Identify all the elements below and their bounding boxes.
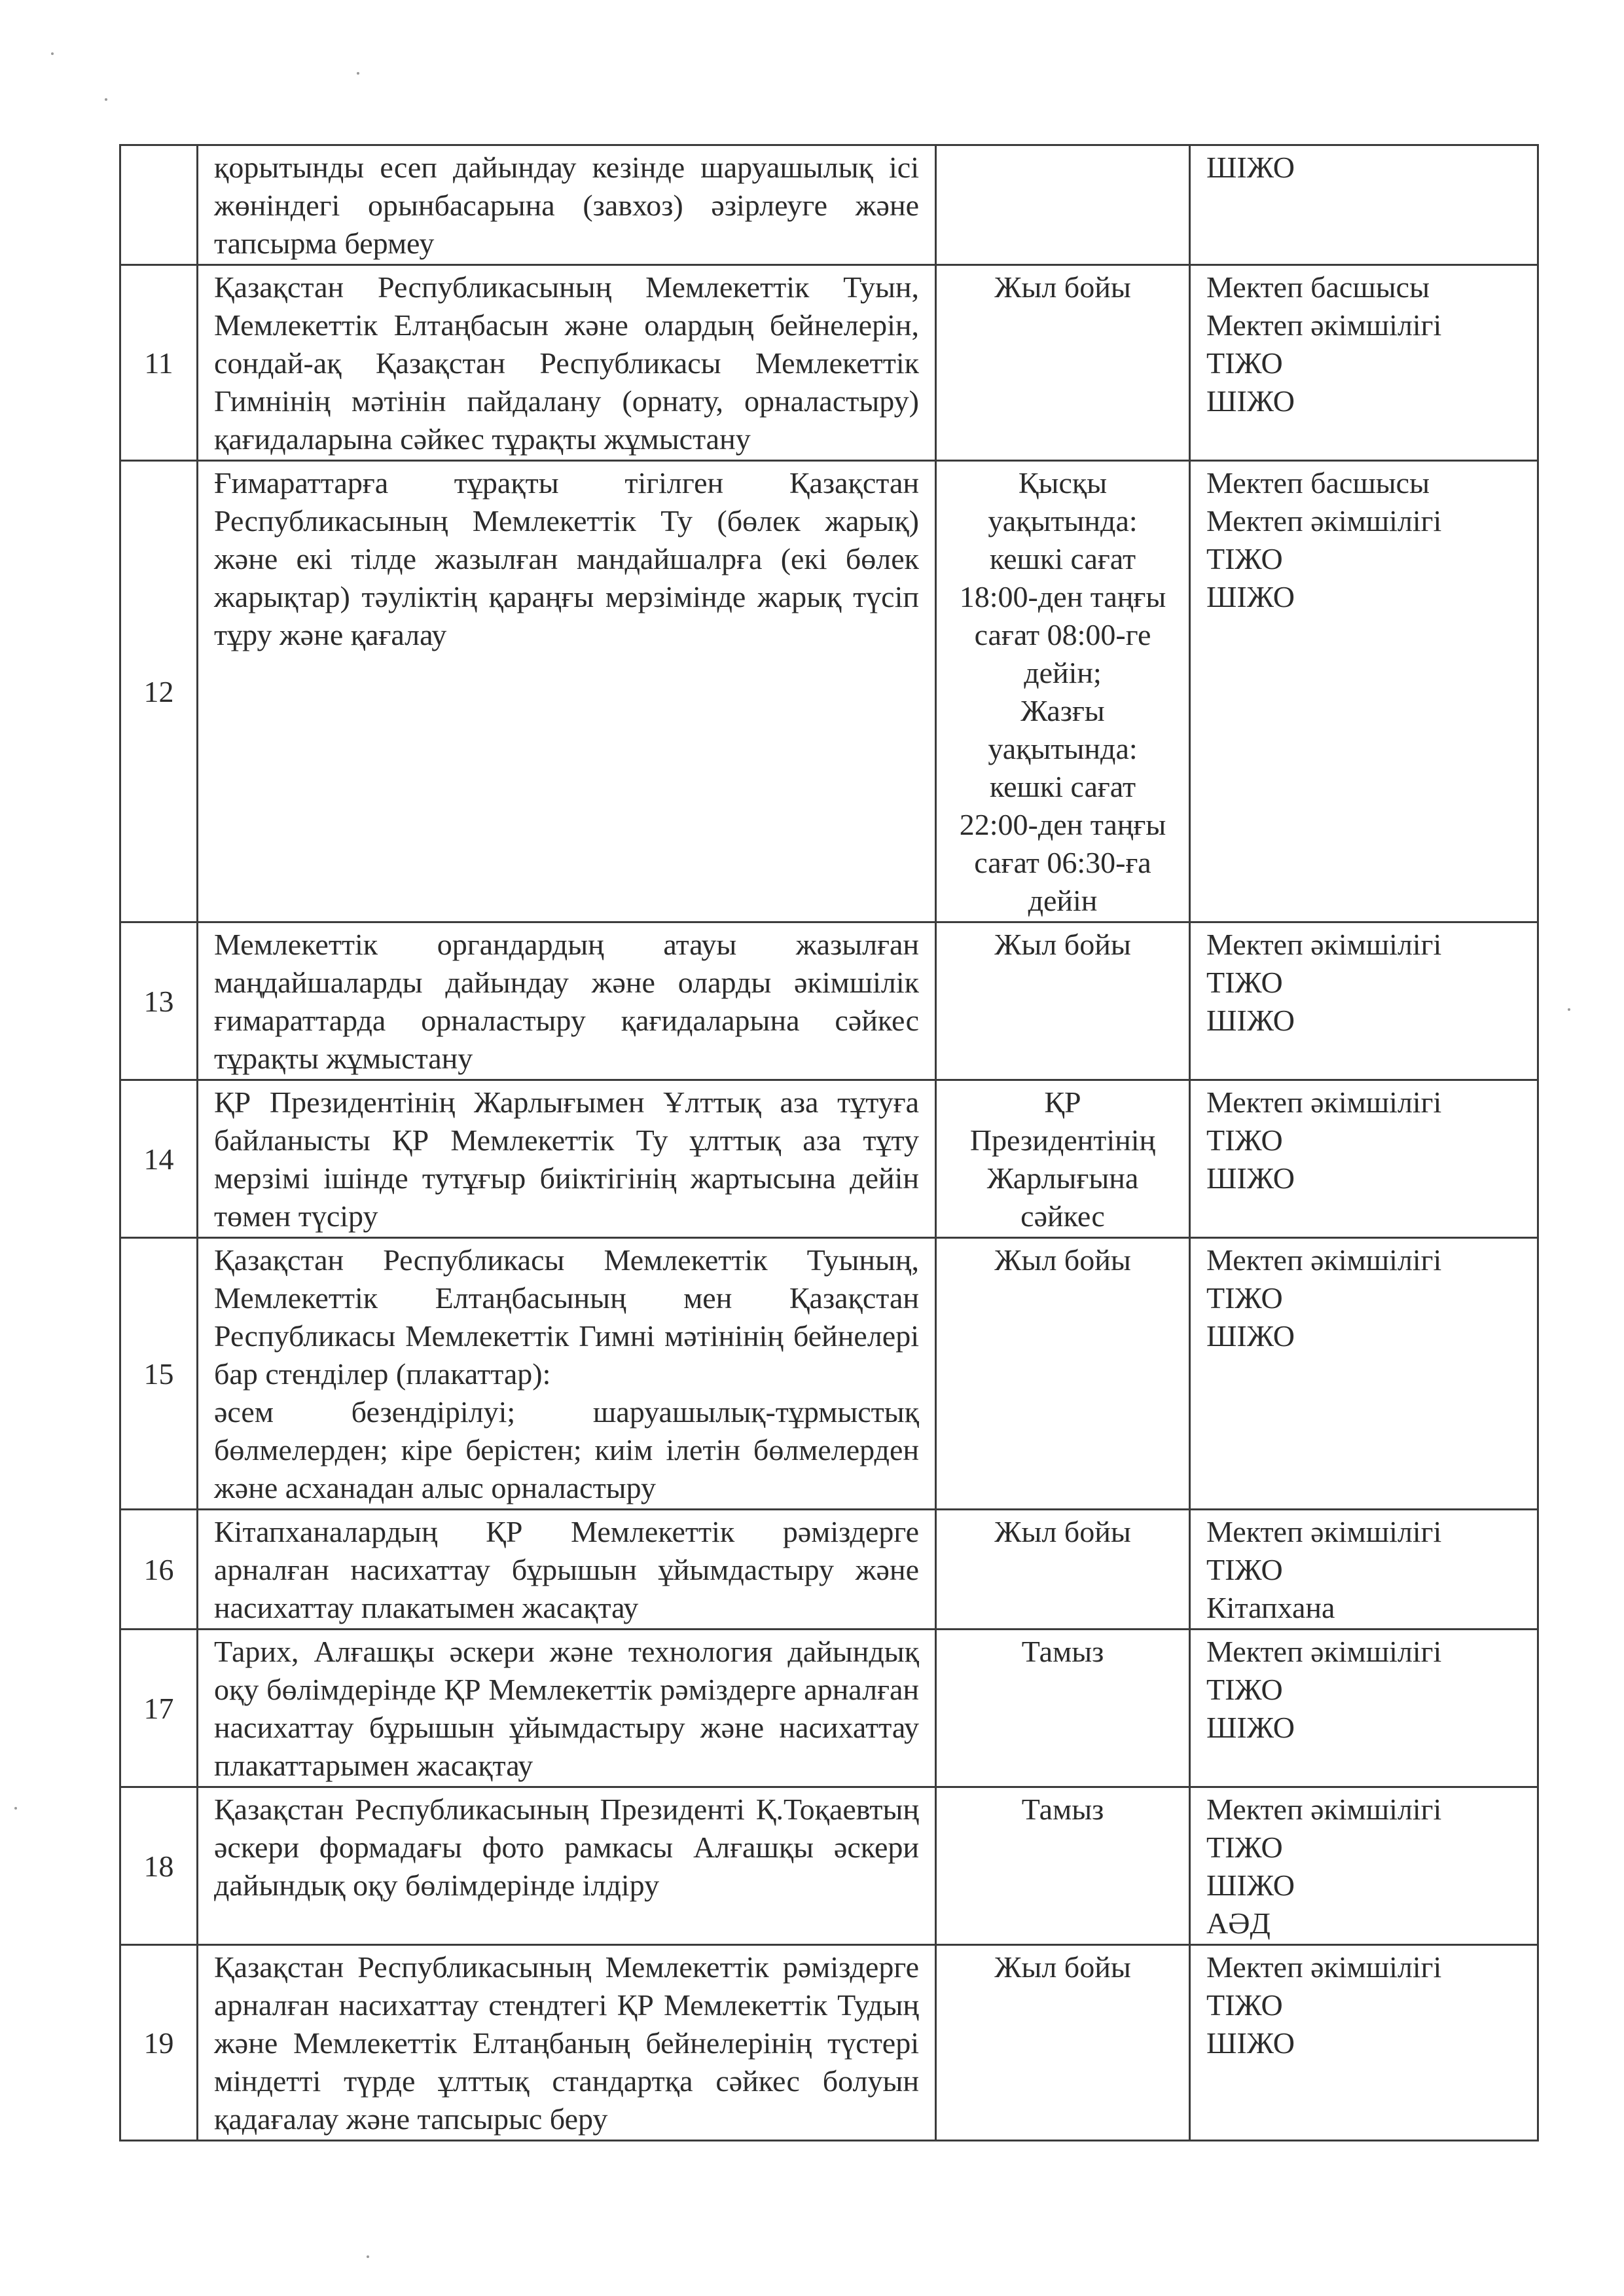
responsible-party: ТІЖО: [1206, 964, 1521, 1002]
responsible-cell: ШІЖО: [1190, 145, 1538, 265]
deadline-line: Тамыз: [941, 1633, 1185, 1671]
description-paragraph: Қазақстан Республикасы Мемлекеттік Туыны…: [214, 1241, 919, 1393]
activity-description: қорытынды есеп дайындау кезінде шаруашыл…: [198, 145, 936, 265]
description-paragraph: Кітапханалардың ҚР Мемлекеттік рәміздерг…: [214, 1513, 919, 1627]
deadline-line: Жыл бойы: [941, 268, 1185, 306]
responsible-cell: Мектеп әкімшілігіТІЖОКітапхана: [1190, 1510, 1538, 1630]
deadline-line: 18:00-ден таңғы: [941, 578, 1185, 616]
responsible-party: Мектеп әкімшілігі: [1206, 1948, 1521, 1986]
row-number: 13: [120, 922, 198, 1080]
responsible-cell: Мектеп әкімшілігіТІЖОШІЖО: [1190, 1080, 1538, 1238]
scanned-page: қорытынды есеп дайындау кезінде шаруашыл…: [0, 0, 1624, 2296]
row-number: 14: [120, 1080, 198, 1238]
scan-speck: [105, 98, 107, 101]
responsible-party: ШІЖО: [1206, 1159, 1521, 1197]
table-row: 18Қазақстан Республикасының Президенті Қ…: [120, 1787, 1538, 1945]
deadline-line: Жазғы: [941, 692, 1185, 730]
deadline-cell: ҚРПрезидентініңЖарлығынасәйкес: [936, 1080, 1190, 1238]
activity-description: Қазақстан Республикасы Мемлекеттік Туыны…: [198, 1238, 936, 1510]
deadline-line: сағат 08:00-ге: [941, 616, 1185, 654]
table-row: қорытынды есеп дайындау кезінде шаруашыл…: [120, 145, 1538, 265]
description-paragraph: Ғимараттарға тұрақты тігілген Қазақстан …: [214, 464, 919, 654]
responsible-party: ТІЖО: [1206, 1121, 1521, 1159]
deadline-line: кешкі сағат: [941, 768, 1185, 806]
scan-speck: [367, 2255, 369, 2258]
responsible-cell: Мектеп әкімшілігіТІЖОШІЖО: [1190, 1945, 1538, 2141]
row-number: 15: [120, 1238, 198, 1510]
responsible-party: Мектеп әкімшілігі: [1206, 1513, 1521, 1551]
responsible-party: ШІЖО: [1206, 1317, 1521, 1355]
deadline-line: 22:00-ден таңғы: [941, 806, 1185, 844]
deadline-line: Жыл бойы: [941, 926, 1185, 964]
responsible-party: ШІЖО: [1206, 1867, 1521, 1904]
table-body: қорытынды есеп дайындау кезінде шаруашыл…: [120, 145, 1538, 2141]
deadline-cell: Жыл бойы: [936, 265, 1190, 461]
table-row: 15Қазақстан Республикасы Мемлекеттік Туы…: [120, 1238, 1538, 1510]
responsible-party: АӘД: [1206, 1904, 1521, 1942]
responsible-party: Мектеп әкімшілігі: [1206, 1084, 1521, 1121]
activity-description: Қазақстан Республикасының Президенті Қ.Т…: [198, 1787, 936, 1945]
responsible-party: ШІЖО: [1206, 1002, 1521, 1040]
table-row: 17Тарих, Алғашқы әскери және технология …: [120, 1630, 1538, 1787]
action-plan-table: қорытынды есеп дайындау кезінде шаруашыл…: [119, 144, 1539, 2141]
responsible-party: ТІЖО: [1206, 540, 1521, 578]
responsible-party: Мектеп әкімшілігі: [1206, 1791, 1521, 1829]
scan-speck: [14, 1807, 17, 1810]
description-paragraph: Қазақстан Республикасының Мемлекеттік Ту…: [214, 268, 919, 458]
activity-description: Ғимараттарға тұрақты тігілген Қазақстан …: [198, 461, 936, 922]
deadline-line: уақытында:: [941, 502, 1185, 540]
responsible-party: Мектеп әкімшілігі: [1206, 926, 1521, 964]
activity-description: Қазақстан Республикасының Мемлекеттік рә…: [198, 1945, 936, 2141]
description-paragraph: қорытынды есеп дайындау кезінде шаруашыл…: [214, 149, 919, 263]
responsible-party: ТІЖО: [1206, 1829, 1521, 1867]
responsible-cell: Мектеп әкімшілігіТІЖОШІЖО: [1190, 922, 1538, 1080]
deadline-line: дейін: [941, 882, 1185, 920]
responsible-party: Мектеп басшысы: [1206, 268, 1521, 306]
deadline-line: Жыл бойы: [941, 1513, 1185, 1551]
responsible-party: Мектеп әкімшілігі: [1206, 1241, 1521, 1279]
responsible-party: ТІЖО: [1206, 1279, 1521, 1317]
deadline-line: уақытында:: [941, 730, 1185, 768]
responsible-party: Мектеп әкімшілігі: [1206, 1633, 1521, 1671]
table-row: 11Қазақстан Республикасының Мемлекеттік …: [120, 265, 1538, 461]
row-number: [120, 145, 198, 265]
deadline-line: Жыл бойы: [941, 1948, 1185, 1986]
responsible-cell: Мектеп әкімшілігіТІЖОШІЖО: [1190, 1238, 1538, 1510]
table-row: 19Қазақстан Республикасының Мемлекеттік …: [120, 1945, 1538, 2141]
responsible-party: ТІЖО: [1206, 1986, 1521, 2024]
responsible-party: ШІЖО: [1206, 149, 1521, 187]
deadline-cell: Тамыз: [936, 1630, 1190, 1787]
deadline-line: сағат 06:30-ға: [941, 844, 1185, 882]
activity-description: Тарих, Алғашқы әскери және технология да…: [198, 1630, 936, 1787]
deadline-line: Жыл бойы: [941, 1241, 1185, 1279]
description-paragraph: Тарих, Алғашқы әскери және технология да…: [214, 1633, 919, 1785]
responsible-cell: Мектеп әкімшілігіТІЖОШІЖОАӘД: [1190, 1787, 1538, 1945]
responsible-party: Мектеп әкімшілігі: [1206, 306, 1521, 344]
responsible-party: ШІЖО: [1206, 2024, 1521, 2062]
description-paragraph: ҚР Президентінің Жарлығымен Ұлттық аза т…: [214, 1084, 919, 1235]
deadline-cell: Жыл бойы: [936, 1238, 1190, 1510]
responsible-party: ТІЖО: [1206, 1551, 1521, 1589]
responsible-cell: Мектеп әкімшілігіТІЖОШІЖО: [1190, 1630, 1538, 1787]
deadline-line: кешкі сағат: [941, 540, 1185, 578]
responsible-party: ТІЖО: [1206, 344, 1521, 382]
description-paragraph: Қазақстан Республикасының Президенті Қ.Т…: [214, 1791, 919, 1904]
row-number: 11: [120, 265, 198, 461]
description-paragraph: Қазақстан Республикасының Мемлекеттік рә…: [214, 1948, 919, 2138]
responsible-party: Кітапхана: [1206, 1589, 1521, 1627]
scan-speck: [357, 72, 359, 75]
row-number: 18: [120, 1787, 198, 1945]
scan-speck: [1568, 1008, 1570, 1011]
activity-description: ҚР Президентінің Жарлығымен Ұлттық аза т…: [198, 1080, 936, 1238]
deadline-cell: Тамыз: [936, 1787, 1190, 1945]
deadline-cell: Қысқыуақытында:кешкі сағат18:00-ден таңғ…: [936, 461, 1190, 922]
deadline-line: ҚР: [941, 1084, 1185, 1121]
activity-description: Мемлекеттік органдардың атауы жазылған м…: [198, 922, 936, 1080]
responsible-party: ШІЖО: [1206, 1709, 1521, 1747]
deadline-cell: [936, 145, 1190, 265]
table-row: 16Кітапханалардың ҚР Мемлекеттік рәмізде…: [120, 1510, 1538, 1630]
deadline-cell: Жыл бойы: [936, 1510, 1190, 1630]
table-row: 14ҚР Президентінің Жарлығымен Ұлттық аза…: [120, 1080, 1538, 1238]
description-paragraph: әсем безендірілуі; шаруашылық-тұрмыстық …: [214, 1393, 919, 1507]
row-number: 16: [120, 1510, 198, 1630]
responsible-cell: Мектеп басшысыМектеп әкімшілігіТІЖОШІЖО: [1190, 265, 1538, 461]
deadline-line: сәйкес: [941, 1197, 1185, 1235]
description-paragraph: Мемлекеттік органдардың атауы жазылған м…: [214, 926, 919, 1078]
deadline-cell: Жыл бойы: [936, 922, 1190, 1080]
responsible-party: Мектеп әкімшілігі: [1206, 502, 1521, 540]
deadline-line: Жарлығына: [941, 1159, 1185, 1197]
activity-description: Қазақстан Республикасының Мемлекеттік Ту…: [198, 265, 936, 461]
scan-speck: [51, 52, 54, 55]
responsible-party: ШІЖО: [1206, 578, 1521, 616]
deadline-line: Тамыз: [941, 1791, 1185, 1829]
responsible-cell: Мектеп басшысыМектеп әкімшілігіТІЖОШІЖО: [1190, 461, 1538, 922]
deadline-line: Президентінің: [941, 1121, 1185, 1159]
row-number: 17: [120, 1630, 198, 1787]
deadline-cell: Жыл бойы: [936, 1945, 1190, 2141]
responsible-party: ТІЖО: [1206, 1671, 1521, 1709]
row-number: 12: [120, 461, 198, 922]
responsible-party: ШІЖО: [1206, 382, 1521, 420]
deadline-line: Қысқы: [941, 464, 1185, 502]
responsible-party: Мектеп басшысы: [1206, 464, 1521, 502]
deadline-line: дейін;: [941, 654, 1185, 692]
activity-description: Кітапханалардың ҚР Мемлекеттік рәміздерг…: [198, 1510, 936, 1630]
table-row: 12Ғимараттарға тұрақты тігілген Қазақста…: [120, 461, 1538, 922]
table-row: 13Мемлекеттік органдардың атауы жазылған…: [120, 922, 1538, 1080]
row-number: 19: [120, 1945, 198, 2141]
